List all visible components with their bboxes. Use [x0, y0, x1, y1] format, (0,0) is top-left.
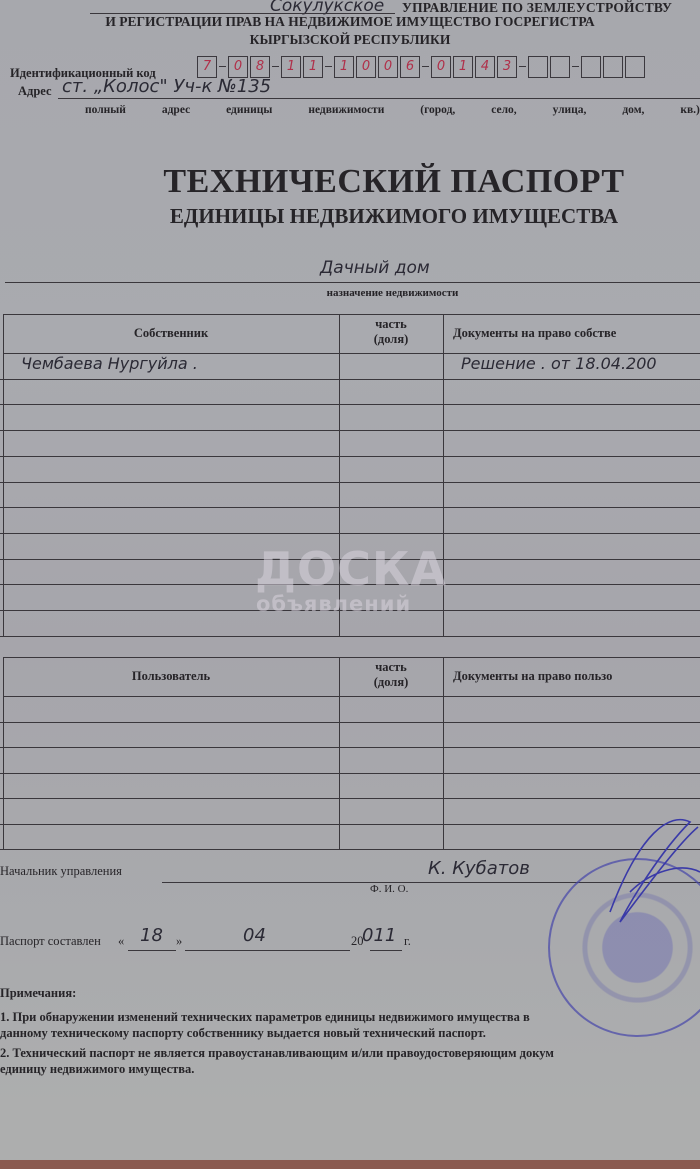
- users-row: [0, 747, 700, 773]
- code-separator: [272, 66, 279, 67]
- users-header-documents: Документы на право пользо: [453, 669, 612, 684]
- purpose-underline: [5, 282, 700, 283]
- org-line-2: И РЕГИСТРАЦИИ ПРАВ НА НЕДВИЖИМОЕ ИМУЩЕСТ…: [0, 14, 700, 30]
- address-sublabel-word: дом,: [622, 104, 644, 116]
- code-digit-box: 1: [334, 56, 354, 78]
- code-digit-box: 7: [197, 56, 217, 78]
- users-row-border: [0, 849, 700, 850]
- document-subtitle: ЕДИНИЦЫ НЕДВИЖИМОГО ИМУЩЕСТВА: [0, 204, 700, 229]
- users-top-border: [3, 657, 700, 658]
- issued-day: 18: [140, 925, 163, 946]
- owners-row: [0, 456, 700, 482]
- note-2a: 2. Технический паспорт не является право…: [0, 1046, 700, 1061]
- note-1a: 1. При обнаружении изменений технических…: [0, 1010, 700, 1025]
- owners-header-documents: Документы на право собстве: [453, 326, 616, 341]
- owners-row: [0, 430, 700, 456]
- code-digit-box: 4: [475, 56, 495, 78]
- owners-row: [0, 507, 700, 533]
- code-separator: [519, 66, 526, 67]
- purpose-label: назначение недвижимости: [0, 287, 700, 299]
- code-separator: [325, 66, 332, 67]
- address-sublabel-word: адрес: [162, 104, 190, 116]
- address-sublabel-word: недвижимости: [308, 104, 384, 116]
- owners-row: [0, 482, 700, 508]
- users-row: [0, 696, 700, 722]
- issued-month: 04: [243, 925, 266, 946]
- code-digit-box: 0: [228, 56, 248, 78]
- code-digit-box: [625, 56, 645, 78]
- year-underline: [370, 950, 402, 951]
- issued-year: 011: [362, 925, 396, 946]
- code-digit-box: 1: [303, 56, 323, 78]
- address-sublabel: полныйадресединицынедвижимости(город,сел…: [85, 104, 700, 116]
- owners-row-border: [0, 636, 700, 637]
- address-sublabel-word: улица,: [553, 104, 587, 116]
- address-underline: [58, 98, 700, 99]
- code-digit-box: 1: [281, 56, 301, 78]
- purpose-value: Дачный дом: [320, 258, 430, 278]
- address-sublabel-word: единицы: [226, 104, 272, 116]
- code-digit-box: 0: [431, 56, 451, 78]
- owners-header-name: Собственник: [3, 326, 339, 341]
- owners-top-border: [3, 314, 700, 315]
- day-underline: [128, 950, 176, 951]
- users-header-part: часть(доля): [339, 660, 443, 690]
- code-digit-box: 3: [497, 56, 517, 78]
- users-row: [0, 798, 700, 824]
- watermark-subtitle: объявлений: [256, 592, 411, 616]
- table-edge-strip: [0, 1160, 700, 1169]
- year-suffix: г.: [404, 934, 411, 949]
- chief-label: Начальник управления: [0, 864, 122, 879]
- code-digit-box: 1: [453, 56, 473, 78]
- note-2b: единицу недвижимого имущества.: [0, 1062, 700, 1077]
- document-title: ТЕХНИЧЕСКИЙ ПАСПОРТ: [0, 163, 700, 201]
- notes-heading: Примечания:: [0, 986, 76, 1001]
- fio-label: Ф. И. О.: [370, 883, 408, 895]
- code-digit-box: [528, 56, 548, 78]
- code-digit-box: [550, 56, 570, 78]
- users-row: [0, 773, 700, 799]
- close-quote: »: [176, 934, 182, 949]
- address-sublabel-word: (город,: [420, 104, 455, 116]
- address-value: ст. „Колос" Уч-к №135: [62, 76, 271, 97]
- watermark-logo: ДОСКА: [255, 542, 447, 596]
- code-digit-box: 6: [400, 56, 420, 78]
- chief-name: К. Кубатов: [428, 858, 530, 879]
- users-row: [0, 722, 700, 748]
- users-row: [0, 824, 700, 850]
- owners-row: Чембаева Нургуйла .Решение . от 18.04.20…: [0, 353, 700, 379]
- owners-row: [0, 379, 700, 405]
- code-digit-box: 0: [378, 56, 398, 78]
- address-sublabel-word: полный: [85, 104, 126, 116]
- code-separator: [572, 66, 579, 67]
- code-separator: [219, 66, 226, 67]
- org-line-3: КЫРГЫЗСКОЙ РЕСПУБЛИКИ: [0, 32, 700, 48]
- signature-scribble: [600, 812, 700, 932]
- address-label: Адрес: [18, 84, 52, 99]
- issued-label: Паспорт составлен: [0, 934, 101, 949]
- owners-row: [0, 404, 700, 430]
- open-quote: «: [118, 934, 124, 949]
- owners-cell: Решение . от 18.04.200: [461, 354, 657, 373]
- note-1b: данному техническому паспорту собственни…: [0, 1026, 700, 1041]
- address-sublabel-word: кв.): [680, 104, 700, 116]
- users-header-name: Пользователь: [3, 669, 339, 684]
- code-digit-box: [581, 56, 601, 78]
- code-separator: [422, 66, 429, 67]
- code-digit-box: [603, 56, 623, 78]
- code-digit-box: 0: [356, 56, 376, 78]
- owners-cell: Чембаева Нургуйла .: [21, 354, 198, 373]
- code-digit-box: 8: [250, 56, 270, 78]
- owners-header-part: часть(доля): [339, 317, 443, 347]
- address-sublabel-word: село,: [491, 104, 516, 116]
- month-underline: [185, 950, 350, 951]
